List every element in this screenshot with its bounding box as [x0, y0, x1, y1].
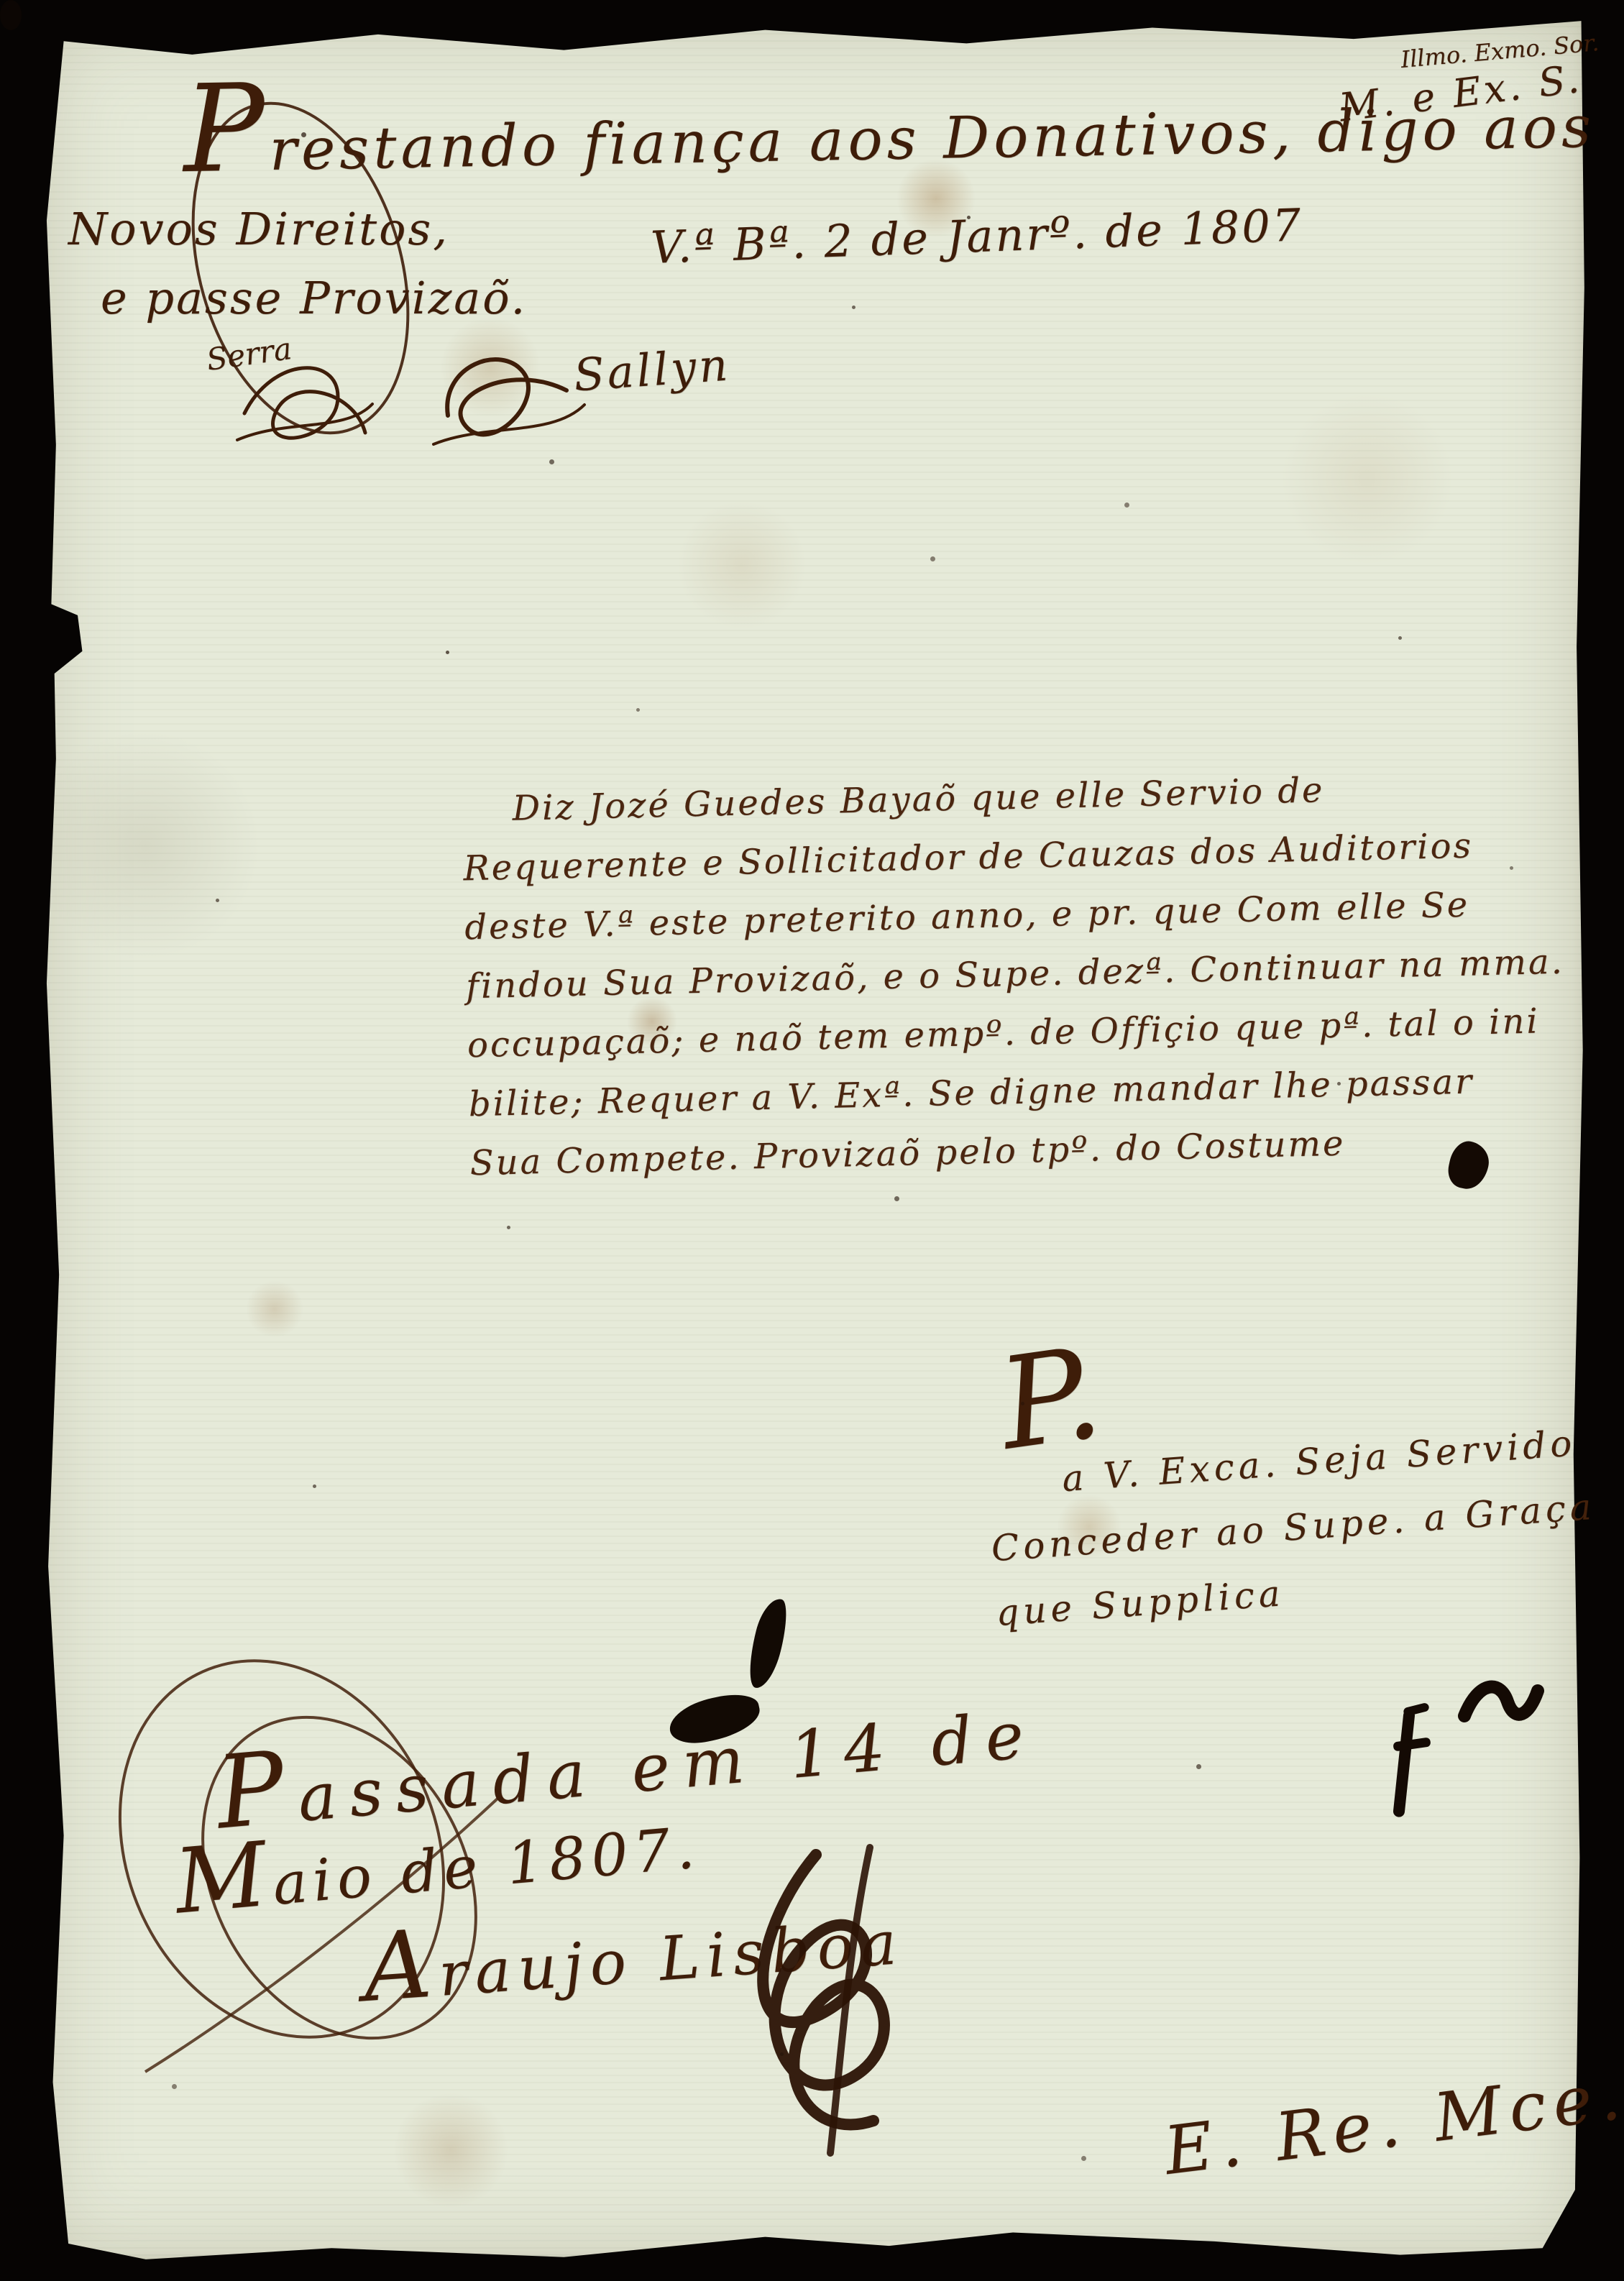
ink-blot-squiggle: [1456, 1671, 1546, 1740]
ink-blot: [0, 0, 22, 30]
annotation-line-3: e passe Provizaõ.: [101, 272, 527, 324]
ink-specks: [0, 0, 4, 4]
annotation-line-2: Novos Direitos,: [68, 203, 449, 255]
signature-rubric: [701, 1840, 931, 2157]
rubric-sallyn: Sallyn: [572, 338, 733, 401]
petition-body: Diz Jozé Guedes Bayaõ que elle Servio de…: [462, 756, 1569, 1193]
rubric-flourish-2: [423, 336, 592, 469]
rubric-flourish-1: [230, 345, 381, 474]
manuscript-photo: Illmo. Exmo. Sor. M. e Ex. S. Prestando …: [0, 0, 1624, 2281]
